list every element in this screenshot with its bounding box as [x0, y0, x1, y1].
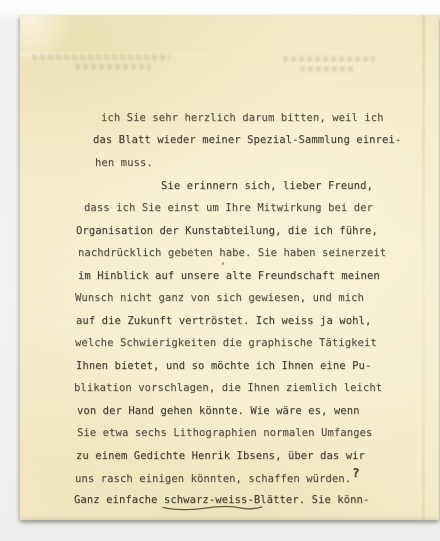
letter-line: nachdrücklich gebeten habe. Sie haben se… [78, 246, 386, 260]
handwritten-underline [162, 504, 263, 512]
letter-line: Ganz einfache schwarz-weiss-Blätter. Sie… [74, 493, 369, 507]
letter-page: ich Sie sehr herzlich darum bitten, weil… [20, 15, 439, 520]
letter-body: ich Sie sehr herzlich darum bitten, weil… [20, 15, 439, 520]
inserted-question-mark: ? [352, 465, 360, 480]
letter-line: Ihnen bietet, und so möchte ich Ihnen ei… [76, 359, 371, 373]
letter-line: Sie etwa sechs Lithographien normalen Um… [77, 426, 372, 440]
underlined-phrase: schwarz-weiss- [164, 493, 254, 507]
letter-line: dass ich Sie einst um Ihre Mitwirkung be… [84, 201, 373, 215]
letter-line: zu einem Gedichte Henrik Ibsens, über da… [76, 449, 365, 463]
letter-line: hen muss. [95, 156, 153, 170]
letter-line: Sie erinnern sich, lieber Freund, [161, 179, 373, 193]
letter-line: auf die Zukunft vertröstet. Ich weiss ja… [76, 314, 371, 328]
letter-line: Wunsch nicht ganz von sich gewiesen, und… [75, 291, 364, 305]
letter-line: von der Hand gehen könnte. Wie wäre es, … [77, 404, 360, 418]
letter-line: im Hinblick auf unsere alte Freundschaft… [78, 269, 380, 283]
letter-line-text: uns rasch einigen könnten, schaffen würd… [75, 473, 351, 485]
letter-line-text: Blätter. Sie könn- [254, 494, 370, 506]
letter-line: uns rasch einigen könnten, schaffen würd… [75, 471, 359, 486]
scanned-letter-screenshot: { "letter": { "lines": [ "ich Sie sehr h… [0, 0, 440, 541]
letter-line: blikation vorschlagen, die Ihnen ziemlic… [74, 381, 382, 395]
letter-line: ich Sie sehr herzlich darum bitten, weil… [101, 111, 384, 125]
letter-line-text: Ganz einfache [74, 494, 164, 506]
letter-line: das Blatt wieder meiner Spezial-Sammlung… [93, 133, 401, 147]
letter-line: Organisation der Kunstabteilung, die ich… [76, 224, 378, 238]
letter-line: welche Schwierigkeiten die graphische Tä… [75, 336, 377, 350]
